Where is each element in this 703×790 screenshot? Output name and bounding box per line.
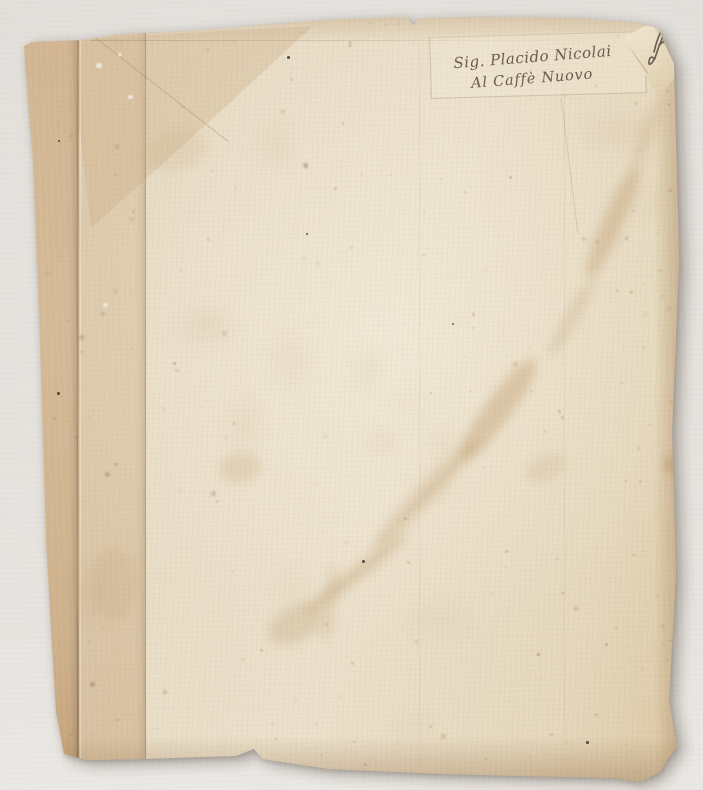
foxing-speckle xyxy=(170,773,174,777)
foxing-speckle xyxy=(234,770,236,772)
foxing-speckle xyxy=(264,769,265,770)
foxing-speckle xyxy=(130,19,131,20)
foxing-speckle xyxy=(33,451,35,453)
foxing-speckle xyxy=(31,318,36,323)
foxing-speckle xyxy=(53,720,55,722)
foxing-speckle xyxy=(30,761,35,766)
foxing-speckle xyxy=(649,19,650,20)
foxing-speckle xyxy=(98,767,99,768)
paper-sheet: Sig. Placido Nicolai Al Caffè Nuovo xyxy=(24,12,682,784)
foxing-speckle xyxy=(46,747,47,748)
foxing-speckle xyxy=(663,32,666,35)
bottom-edge-shading xyxy=(24,736,682,784)
foxing-speckle xyxy=(244,775,246,777)
foxing-speckle xyxy=(270,20,271,21)
faint-pen-mark xyxy=(36,620,66,670)
foxing-speckle xyxy=(30,198,32,200)
foxing-speckle xyxy=(427,780,432,784)
foxing-speckle xyxy=(29,722,32,725)
foxing-speckle xyxy=(678,70,679,71)
right-edge-shading xyxy=(654,12,682,784)
foxing-speckle xyxy=(339,771,342,774)
foxing-speckle xyxy=(55,754,57,756)
foxing-speckle xyxy=(47,669,50,672)
foxing-speckle xyxy=(214,26,216,28)
foxing-speckle xyxy=(276,19,279,22)
foxing-speckle xyxy=(33,375,34,376)
foxing-speckle xyxy=(117,27,118,28)
foxing-speckle xyxy=(33,744,35,746)
paper-sheet-shadow: Sig. Placido Nicolai Al Caffè Nuovo xyxy=(24,12,682,784)
foxing-speckle xyxy=(678,743,679,744)
foxing-speckle xyxy=(60,773,61,774)
foxing-speckle xyxy=(165,779,167,781)
foxing-speckle xyxy=(675,544,677,546)
foxing-speckle xyxy=(201,760,202,761)
foxing-speckle xyxy=(112,27,114,29)
foxing-speckle xyxy=(29,777,30,778)
foxing-speckle xyxy=(675,758,678,761)
foxing-speckle xyxy=(679,189,682,193)
foxing-speckle xyxy=(624,781,626,783)
ink-flourish-icon xyxy=(624,12,680,84)
foxing-speckle xyxy=(70,13,72,15)
foxing-speckle xyxy=(506,778,507,779)
foxing-speckle xyxy=(284,16,286,18)
foxing-speckle xyxy=(677,120,680,123)
left-spine-strip xyxy=(24,12,78,784)
foxing-speckle xyxy=(32,390,34,392)
foxing-speckle xyxy=(96,776,98,778)
foxing-speckle xyxy=(657,19,660,22)
photo-backdrop: Sig. Placido Nicolai Al Caffè Nuovo xyxy=(0,0,703,790)
foxing-speckle xyxy=(252,21,255,24)
foxing-speckle xyxy=(680,114,682,116)
foxing-speckle xyxy=(678,762,680,764)
foxing-speckle xyxy=(166,18,169,21)
foxing-speckle xyxy=(54,742,57,745)
foxing-speckle xyxy=(94,770,96,772)
